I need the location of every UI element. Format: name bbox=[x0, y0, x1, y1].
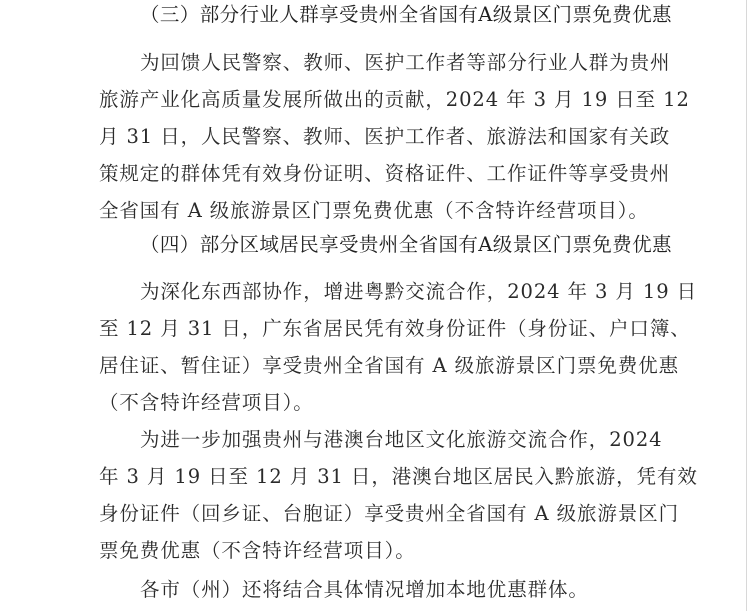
paragraph-line: （不含特许经营项目）。 bbox=[99, 390, 659, 416]
page-edge-divider bbox=[746, 0, 747, 611]
document-page: （三）部分行业人群享受贵州全省国有A级景区门票免费优惠 为回馈人民警察、教师、医… bbox=[0, 0, 750, 611]
paragraph-line: 策规定的群体凭有效身份证明、资格证件、工作证件等享受贵州 bbox=[99, 161, 659, 187]
section-heading-4: （四）部分区域居民享受贵州全省国有A级景区门票免费优惠 bbox=[140, 232, 659, 258]
paragraph-line: 旅游产业化高质量发展所做出的贡献，2024 年 3 月 19 日至 12 bbox=[99, 87, 659, 113]
paragraph-line: 为进一步加强贵州与港澳台地区文化旅游交流合作，2024 bbox=[140, 427, 659, 453]
paragraph-line: 年 3 月 19 日至 12 月 31 日，港澳台地区居民入黔旅游，凭有效 bbox=[99, 464, 659, 490]
paragraph-line: 居住证、暂住证）享受贵州全省国有 A 级旅游景区门票免费优惠 bbox=[99, 353, 659, 379]
paragraph-line: 为深化东西部协作，增进粤黔交流合作，2024 年 3 月 19 日 bbox=[140, 279, 659, 305]
paragraph-line: 各市（州）还将结合具体情况增加本地优惠群体。 bbox=[140, 577, 659, 603]
paragraph-line: 全省国有 A 级旅游景区门票免费优惠（不含特许经营项目）。 bbox=[99, 198, 659, 224]
paragraph-line: 身份证件（回乡证、台胞证）享受贵州全省国有 A 级旅游景区门 bbox=[99, 501, 659, 527]
paragraph-line: 月 31 日，人民警察、教师、医护工作者、旅游法和国家有关政 bbox=[99, 124, 659, 150]
paragraph-line: 为回馈人民警察、教师、医护工作者等部分行业人群为贵州 bbox=[140, 50, 659, 76]
paragraph-line: 票免费优惠（不含特许经营项目）。 bbox=[99, 538, 659, 564]
paragraph-line: 至 12 月 31 日，广东省居民凭有效身份证件（身份证、户口簿、 bbox=[99, 316, 659, 342]
section-heading-3: （三）部分行业人群享受贵州全省国有A级景区门票免费优惠 bbox=[140, 2, 659, 28]
